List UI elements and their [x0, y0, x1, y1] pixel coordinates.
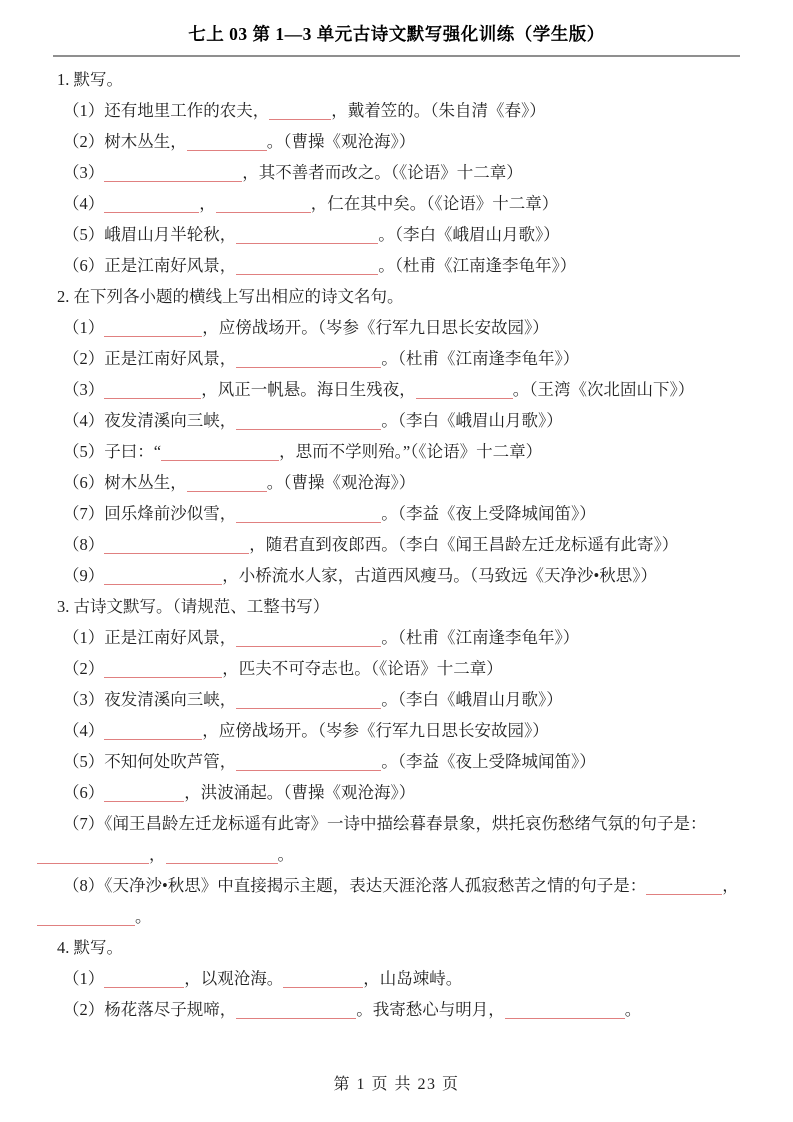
line-text: （1）	[63, 969, 104, 988]
answer-blank	[104, 974, 184, 988]
answer-blank	[161, 447, 279, 461]
line-text: ，山岛竦峙。	[363, 969, 462, 988]
line-text: （2）正是江南好风景，	[63, 349, 236, 368]
answer-blank	[166, 850, 278, 864]
line-text: 。（杜甫《江南逢李龟年》）	[378, 256, 576, 275]
line-text: （5）峨眉山月半轮秋，	[63, 225, 236, 244]
line-text: ，以观沧海。	[184, 969, 283, 988]
line-text: ，匹夫不可夺志也。（《论语》十二章）	[222, 659, 503, 678]
line-text: 。（李益《夜上受降城闻笛》）	[381, 504, 596, 523]
line-text: 2. 在下列各小题的横线上写出相应的诗文名句。	[57, 287, 404, 306]
line-text: （2）树木丛生，	[63, 132, 187, 151]
answer-blank	[236, 230, 378, 244]
answer-blank	[104, 664, 222, 678]
document-line: （7）回乐烽前沙似雪，。（李益《夜上受降城闻笛》）	[37, 498, 773, 529]
line-text: ，随君直到夜郎西。（李白《闻王昌龄左迁龙标遥有此寄》）	[249, 535, 678, 554]
line-text: （7）《闻王昌龄左迁龙标遥有此寄》一诗中描绘暮春景象，烘托哀伤愁绪气氛的句子是：	[63, 814, 707, 833]
document-line: 。	[37, 901, 773, 932]
line-text: （4）	[63, 721, 104, 740]
answer-blank	[37, 850, 149, 864]
line-text: ，风正一帆悬。海日生残夜，	[201, 380, 416, 399]
document-line: （4），，仁在其中矣。（《论语》十二章）	[37, 188, 773, 219]
document-line: （6），洪波涌起。（曹操《观沧海》）	[37, 777, 773, 808]
line-text: ，其不善者而改之。（《论语》十二章）	[242, 163, 523, 182]
line-text: 。（杜甫《江南逢李龟年》）	[381, 628, 579, 647]
answer-blank	[416, 385, 513, 399]
document-body: 1. 默写。（1）还有地里工作的农夫，，戴着笠的。（朱自清《春》）（2）树木丛生…	[0, 64, 793, 1025]
answer-blank	[104, 199, 199, 213]
line-text: 。	[135, 907, 152, 926]
line-text: 3. 古诗文默写。（请规范、工整书写）	[57, 597, 329, 616]
line-text: 。（李益《夜上受降城闻笛》）	[381, 752, 596, 771]
document-line: （6）树木丛生，。（曹操《观沧海》）	[37, 467, 773, 498]
line-text: （7）回乐烽前沙似雪，	[63, 504, 236, 523]
line-text: （6）正是江南好风景，	[63, 256, 236, 275]
line-text: ，小桥流水人家，古道西风瘦马。（马致远《天净沙•秋思》）	[222, 566, 657, 585]
document-line: 3. 古诗文默写。（请规范、工整书写）	[37, 591, 773, 622]
document-line: （1），以观沧海。，山岛竦峙。	[37, 963, 773, 994]
answer-blank	[236, 261, 378, 275]
line-text: ，	[199, 194, 216, 213]
answer-blank	[104, 540, 249, 554]
document-line: （2）树木丛生，。（曹操《观沧海》）	[37, 126, 773, 157]
document-line: （2）正是江南好风景，。（杜甫《江南逢李龟年》）	[37, 343, 773, 374]
line-text: ，应傍战场开。（岑参《行军九日思长安故园》）	[202, 318, 549, 337]
document-line: （8），随君直到夜郎西。（李白《闻王昌龄左迁龙标遥有此寄》）	[37, 529, 773, 560]
answer-blank	[283, 974, 363, 988]
answer-blank	[505, 1005, 625, 1019]
answer-blank	[104, 571, 222, 585]
document-line: （5）峨眉山月半轮秋，。（李白《峨眉山月歌》）	[37, 219, 773, 250]
line-text: 4. 默写。	[57, 938, 123, 957]
line-text: 。（曹操《观沧海》）	[267, 473, 416, 492]
line-text: （1）	[63, 318, 104, 337]
document-line: （1），应傍战场开。（岑参《行军九日思长安故园》）	[37, 312, 773, 343]
line-text: （2）杨花落尽子规啼，	[63, 1000, 236, 1019]
line-text: 。（杜甫《江南逢李龟年》）	[381, 349, 579, 368]
document-line: （9），小桥流水人家，古道西风瘦马。（马致远《天净沙•秋思》）	[37, 560, 773, 591]
line-text: （1）还有地里工作的农夫，	[63, 101, 269, 120]
document-page: 七上 03 第 1—3 单元古诗文默写强化训练（学生版） 1. 默写。（1）还有…	[0, 0, 793, 1122]
answer-blank	[236, 509, 381, 523]
document-line: （1）正是江南好风景，。（杜甫《江南逢李龟年》）	[37, 622, 773, 653]
line-text: （4）夜发清溪向三峡，	[63, 411, 236, 430]
line-text: 。（曹操《观沧海》）	[267, 132, 416, 151]
answer-blank	[187, 478, 267, 492]
document-line: 2. 在下列各小题的横线上写出相应的诗文名句。	[37, 281, 773, 312]
line-text: （5）不知何处吹芦管，	[63, 752, 236, 771]
answer-blank	[104, 168, 242, 182]
answer-blank	[216, 199, 311, 213]
document-line: （3）夜发清溪向三峡，。（李白《峨眉山月歌》）	[37, 684, 773, 715]
document-line: （6）正是江南好风景，。（杜甫《江南逢李龟年》）	[37, 250, 773, 281]
line-text: 。	[278, 845, 295, 864]
line-text: ，戴着笠的。（朱自清《春》）	[331, 101, 546, 120]
line-text: （3）	[63, 380, 104, 399]
line-text: 。	[625, 1000, 642, 1019]
line-text: 1. 默写。	[57, 70, 123, 89]
answer-blank	[236, 1005, 356, 1019]
line-text: （3）	[63, 163, 104, 182]
page-title: 七上 03 第 1—3 单元古诗文默写强化训练（学生版）	[0, 0, 793, 46]
line-text: 。（王湾《次北固山下》）	[513, 380, 695, 399]
document-line: ，。	[37, 839, 773, 870]
line-text: （1）正是江南好风景，	[63, 628, 236, 647]
document-line: （5）不知何处吹芦管，。（李益《夜上受降城闻笛》）	[37, 746, 773, 777]
line-text: ，仁在其中矣。（《论语》十二章）	[311, 194, 559, 213]
document-line: （3），其不善者而改之。（《论语》十二章）	[37, 157, 773, 188]
line-text: ，应傍战场开。（岑参《行军九日思长安故园》）	[202, 721, 549, 740]
line-text: （8）《天净沙•秋思》中直接揭示主题，表达天涯沦落人孤寂愁苦之情的句子是：	[63, 876, 646, 895]
line-text: ，	[722, 876, 739, 895]
answer-blank	[104, 788, 184, 802]
document-line: （8）《天净沙•秋思》中直接揭示主题，表达天涯沦落人孤寂愁苦之情的句子是：，	[37, 870, 773, 901]
answer-blank	[236, 757, 381, 771]
answer-blank	[187, 137, 267, 151]
document-line: 4. 默写。	[37, 932, 773, 963]
line-text: 。（李白《峨眉山月歌》）	[381, 690, 563, 709]
line-text: （3）夜发清溪向三峡，	[63, 690, 236, 709]
page-footer: 第 1 页 共 23 页	[0, 1071, 793, 1094]
document-line: （7）《闻王昌龄左迁龙标遥有此寄》一诗中描绘暮春景象，烘托哀伤愁绪气氛的句子是：	[37, 808, 773, 839]
answer-blank	[104, 323, 202, 337]
line-text: （5）子曰：“	[63, 442, 161, 461]
answer-blank	[269, 106, 331, 120]
line-text: （6）	[63, 783, 104, 802]
line-text: ，洪波涌起。（曹操《观沧海》）	[184, 783, 415, 802]
document-line: （3），风正一帆悬。海日生残夜，。（王湾《次北固山下》）	[37, 374, 773, 405]
document-line: （4），应傍战场开。（岑参《行军九日思长安故园》）	[37, 715, 773, 746]
line-text: 。我寄愁心与明月，	[356, 1000, 505, 1019]
document-line: （1）还有地里工作的农夫，，戴着笠的。（朱自清《春》）	[37, 95, 773, 126]
line-text: （6）树木丛生，	[63, 473, 187, 492]
line-text: （9）	[63, 566, 104, 585]
answer-blank	[104, 726, 202, 740]
answer-blank	[236, 416, 381, 430]
document-line: （2），匹夫不可夺志也。（《论语》十二章）	[37, 653, 773, 684]
document-line: （5）子曰：“，思而不学则殆。”（《论语》十二章）	[37, 436, 773, 467]
line-text: 。（李白《峨眉山月歌》）	[378, 225, 560, 244]
answer-blank	[236, 695, 381, 709]
title-divider	[53, 55, 740, 57]
document-line: 1. 默写。	[37, 64, 773, 95]
line-text: ，	[149, 845, 166, 864]
line-text: ，思而不学则殆。”（《论语》十二章）	[279, 442, 542, 461]
answer-blank	[646, 881, 722, 895]
answer-blank	[236, 354, 381, 368]
line-text: （4）	[63, 194, 104, 213]
line-text: （8）	[63, 535, 104, 554]
line-text: （2）	[63, 659, 104, 678]
document-line: （2）杨花落尽子规啼，。我寄愁心与明月，。	[37, 994, 773, 1025]
answer-blank	[236, 633, 381, 647]
answer-blank	[104, 385, 201, 399]
answer-blank	[37, 912, 135, 926]
line-text: 。（李白《峨眉山月歌》）	[381, 411, 563, 430]
document-line: （4）夜发清溪向三峡，。（李白《峨眉山月歌》）	[37, 405, 773, 436]
